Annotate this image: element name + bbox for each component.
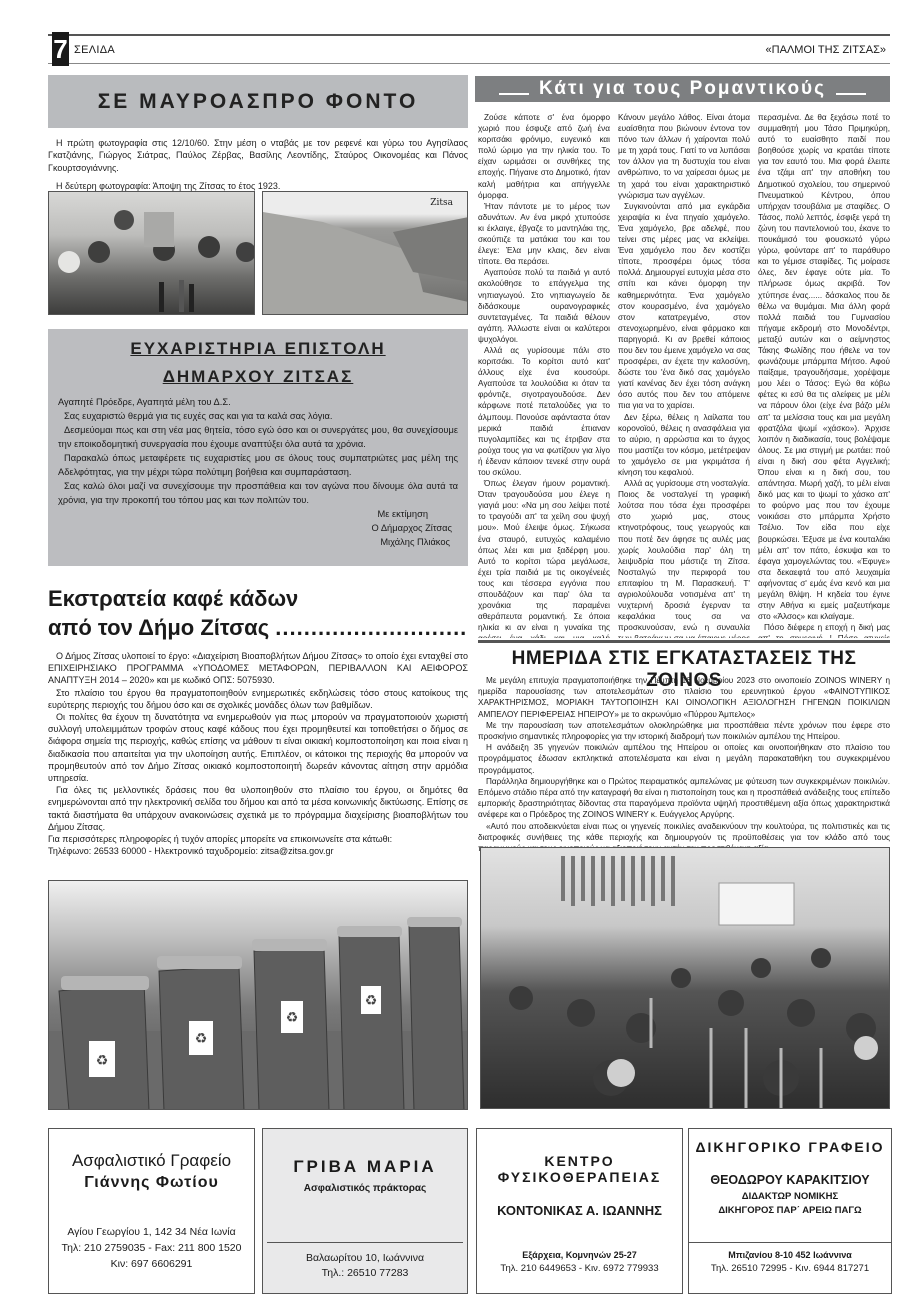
ad-address: Μπιζανίου 8-10 452 Ιωάννινα [689,1250,891,1260]
ad-title-court: ΔΙΚΗΓΟΡΟΣ ΠΑΡ΄ ΑΡΕΙΩ ΠΑΓΩ [689,1205,891,1216]
ad-name: ΚΟΝΤΟΝΙΚΑΣ Α. ΙΩΑΝΝΗΣ [477,1203,682,1218]
ad-address: Αγίου Γεωργίου 1, 142 34 Νέα Ιωνία [49,1224,254,1240]
ad-phone: Τηλ. 210 6449653 - Κιν. 6972 779933 [477,1263,682,1274]
ad-title: ΔΙΚΗΓΟΡΙΚΟ ΓΡΑΦΕΙΟ [689,1139,891,1155]
ad-title: ΚΕΝΤΡΟ [477,1153,682,1169]
imerida-article: Με μεγάλη επιτυχία πραγματοποιήθηκε την … [478,675,890,854]
thank-you-letter: ΕΥΧΑΡΙΣΤΗΡΙΑ ΕΠΙΣΤΟΛΗ ΔΗΜΑΡΧΟΥ ΖΙΤΣΑΣ Αγ… [48,329,468,566]
page-label: ΣΕΛΙΔΑ [74,44,115,56]
ad-name: ΘΕΟΔΩΡΟΥ ΚΑΡΑΚΙΤΣΙΟΥ [689,1173,891,1187]
romantic-column-2: Κάνουν μεγάλο λάθος. Είναι άτομα ευαίσθη… [618,112,750,638]
letter-title-2: ΔΗΜΑΡΧΟΥ ΖΙΤΣΑΣ [58,363,458,391]
letter-paragraph: Σας καλώ όλοι μαζί να συνεχίσουμε την πρ… [58,479,458,507]
brown-bins-campaign: Εκστρατεία καφέ κάδων από τον Δήμο Ζίτσα… [48,584,468,857]
letter-sign-1: Με εκτίμηση [58,507,458,521]
photo-zitsa-1923: Zitsa [262,191,468,315]
blackwhite-title-bar: ΣΕ ΜΑΥΡΟΑΣΠΡΟ ΦΟΝΤΟ [48,75,468,128]
ad-title-2: ΦΥΣΙΚΟΘΕΡΑΠΕΙΑΣ [477,1169,682,1185]
article-paragraph: Αλλά ας γυρίσουμε στη νοσταλγία. Ποιος δ… [618,478,750,638]
letter-sign-2: Ο Δήμαρχος Ζίτσας [58,521,458,535]
photo-label: Zitsa [430,198,453,208]
ad-phone: Τηλ. 26510 72995 - Κιν. 6944 817271 [689,1263,891,1274]
article-paragraph: Συγκινούνται από μια εγκάρδια χειραψία κ… [618,201,750,412]
campaign-info: Για περισσότερες πληροφορίες ή τυχόν απο… [48,833,468,845]
ad-title: Ασφαλιστικό Γραφείο [49,1151,254,1171]
romantic-column-3: περασμένα. Δε θα ξεχάσω ποτέ το συμμαθητ… [758,112,890,638]
blackwhite-title: ΣΕ ΜΑΥΡΟΑΣΠΡΟ ΦΟΝΤΟ [98,90,419,114]
title-dots: ........................................… [275,615,468,640]
article-paragraph: Κάνουν μεγάλο λάθος. Είναι άτομα ευαίσθη… [618,112,750,201]
article-paragraph: Ζούσε κάποτε σ' ένα όμορφο χωριό που έσφ… [478,112,610,201]
letter-paragraph: Σας ευχαριστώ θερμά για τις ευχές σας κα… [58,409,458,423]
campaign-paragraph: Οι πολίτες θα έχουν τη δυνατότητα να ενη… [48,711,468,784]
article-paragraph: Ήταν πάντοτε με το μέρος των αδυνάτων. Α… [478,201,610,268]
svg-text:♻: ♻ [96,1052,109,1068]
ad-insurance-fotiou: Ασφαλιστικό Γραφείο Γιάννης Φωτίου Αγίου… [48,1128,255,1294]
svg-text:♻: ♻ [365,992,378,1008]
ad-degree: ΔΙΔΑΚΤΩΡ ΝΟΜΙΚΗΣ [689,1191,891,1202]
brown-bins-photo: ♻♻♻♻ [48,880,468,1110]
section-divider [478,640,890,643]
ad-phone: Τηλ: 210 2759035 - Fax: 211 800 1520 [49,1240,254,1256]
campaign-paragraph: Ο Δήμος Ζίτσας υλοποιεί το έργο: «Διαχεί… [48,650,468,687]
romantic-article: Ζούσε κάποτε σ' ένα όμορφο χωριό που έσφ… [478,112,890,638]
audience-photo-icon [481,848,890,1109]
letter-greeting: Αγαπητέ Πρόεδρε, Αγαπητά μέλη του Δ.Σ. [58,395,458,409]
article-paragraph: Αγαπούσε πολύ τα παιδιά γι αυτό ακολούθη… [478,267,610,345]
ad-subtitle: Ασφαλιστικός πράκτορας [263,1183,467,1194]
campaign-title-1: Εκστρατεία καφέ κάδων [48,584,468,613]
letter-title-1: ΕΥΧΑΡΙΣΤΗΡΙΑ ΕΠΙΣΤΟΛΗ [58,335,458,363]
title-rule-left [499,83,529,95]
title-rule-right [836,83,866,95]
letter-paragraph: Παρακαλώ όπως μεταφέρετε τις ευχαριστίες… [58,451,458,479]
ad-physiotherapy: ΚΕΝΤΡΟ ΦΥΣΙΚΟΘΕΡΑΠΕΙΑΣ ΚΟΝΤΟΝΙΚΑΣ Α. ΙΩΑ… [476,1128,683,1294]
ad-address: Εξάρχεια, Κομνηνών 25-27 [477,1250,682,1260]
page-number: 7 [52,32,69,66]
ad-law-office: ΔΙΚΗΓΟΡΙΚΟ ΓΡΑΦΕΙΟ ΘΕΟΔΩΡΟΥ ΚΑΡΑΚΙΤΣΙΟΥ … [688,1128,892,1294]
svg-text:♻: ♻ [195,1030,208,1046]
ad-address: Βαλαωρίτου 10, Ιωάννινα [263,1251,467,1266]
campaign-title-2: από τον Δήμο Ζίτσας [48,615,269,640]
blackwhite-captions: Η πρώτη φωτογραφία στις 12/10/60. Στην μ… [48,137,468,193]
photo-1960-group [48,191,255,315]
campaign-paragraph: Στο πλαίσιο του έργου θα πραγματοποιηθού… [48,687,468,711]
letter-paragraph: Δεσμεύομαι πως και στη νέα μας θητεία, τ… [58,423,458,451]
article-paragraph: Η ανάδειξη 35 γηγενών ποικιλιών αμπέλου … [478,742,890,776]
waste-bins-icon: ♻♻♻♻ [49,881,468,1110]
imerida-event-photo [480,847,890,1109]
article-paragraph: Δεν ξέρω, θέλεις η λαίλαπα του κορονοϊού… [618,412,750,479]
ad-griva-maria: ΓΡΙΒΑ ΜΑΡΙΑ Ασφαλιστικός πράκτορας Βαλαω… [262,1128,468,1294]
romantic-title: Κάτι για τους Ρομαντικούς [539,78,826,100]
article-paragraph: Με την παρουσίαση των αποτελεσμάτων ολοκ… [478,720,890,742]
article-paragraph: Αλλά ας γυρίσουμε πάλι στο κοριτσάκι. Το… [478,345,610,478]
svg-text:♻: ♻ [286,1009,299,1025]
letter-sign-3: Μιχάλης Πλιάκος [58,535,458,549]
campaign-contact: Τηλέφωνο: 26533 60000 - Ηλεκτρονικό ταχυ… [48,845,468,857]
caption-1: Η πρώτη φωτογραφία στις 12/10/60. Στην μ… [48,137,468,174]
newspaper-name: «ΠΑΛΜΟΙ ΤΗΣ ΖΙΤΣΑΣ» [766,44,886,56]
ad-mobile: Κιν: 697 6606291 [49,1256,254,1272]
romantic-title-bar: Κάτι για τους Ρομαντικούς [475,76,890,102]
ad-phone: Τηλ.: 26510 77283 [263,1266,467,1281]
people-photo-icon [49,192,255,315]
campaign-paragraph: Για όλες τις μελλοντικές δράσεις που θα … [48,784,468,833]
page-header: 7 ΣΕΛΙΔΑ «ΠΑΛΜΟΙ ΤΗΣ ΖΙΤΣΑΣ» [48,34,890,64]
article-paragraph: Πόσο διέφερε η εποχή η δική μας απ' τη σ… [758,622,890,638]
ad-name: ΓΡΙΒΑ ΜΑΡΙΑ [263,1157,467,1177]
ad-name: Γιάννης Φωτίου [49,1174,254,1192]
romantic-column-1: Ζούσε κάποτε σ' ένα όμορφο χωριό που έσφ… [478,112,610,638]
article-paragraph: περασμένα. Δε θα ξεχάσω ποτέ το συμμαθητ… [758,112,890,622]
article-paragraph: Με μεγάλη επιτυχία πραγματοποιήθηκε την … [478,675,890,720]
article-paragraph: Παράλληλα δημιουργήθηκε και ο Πρώτος πει… [478,776,890,821]
article-paragraph: Όπως έλεγαν ήμουν ρομαντική. Όταν τραγου… [478,478,610,638]
landscape-photo-icon [263,192,468,315]
